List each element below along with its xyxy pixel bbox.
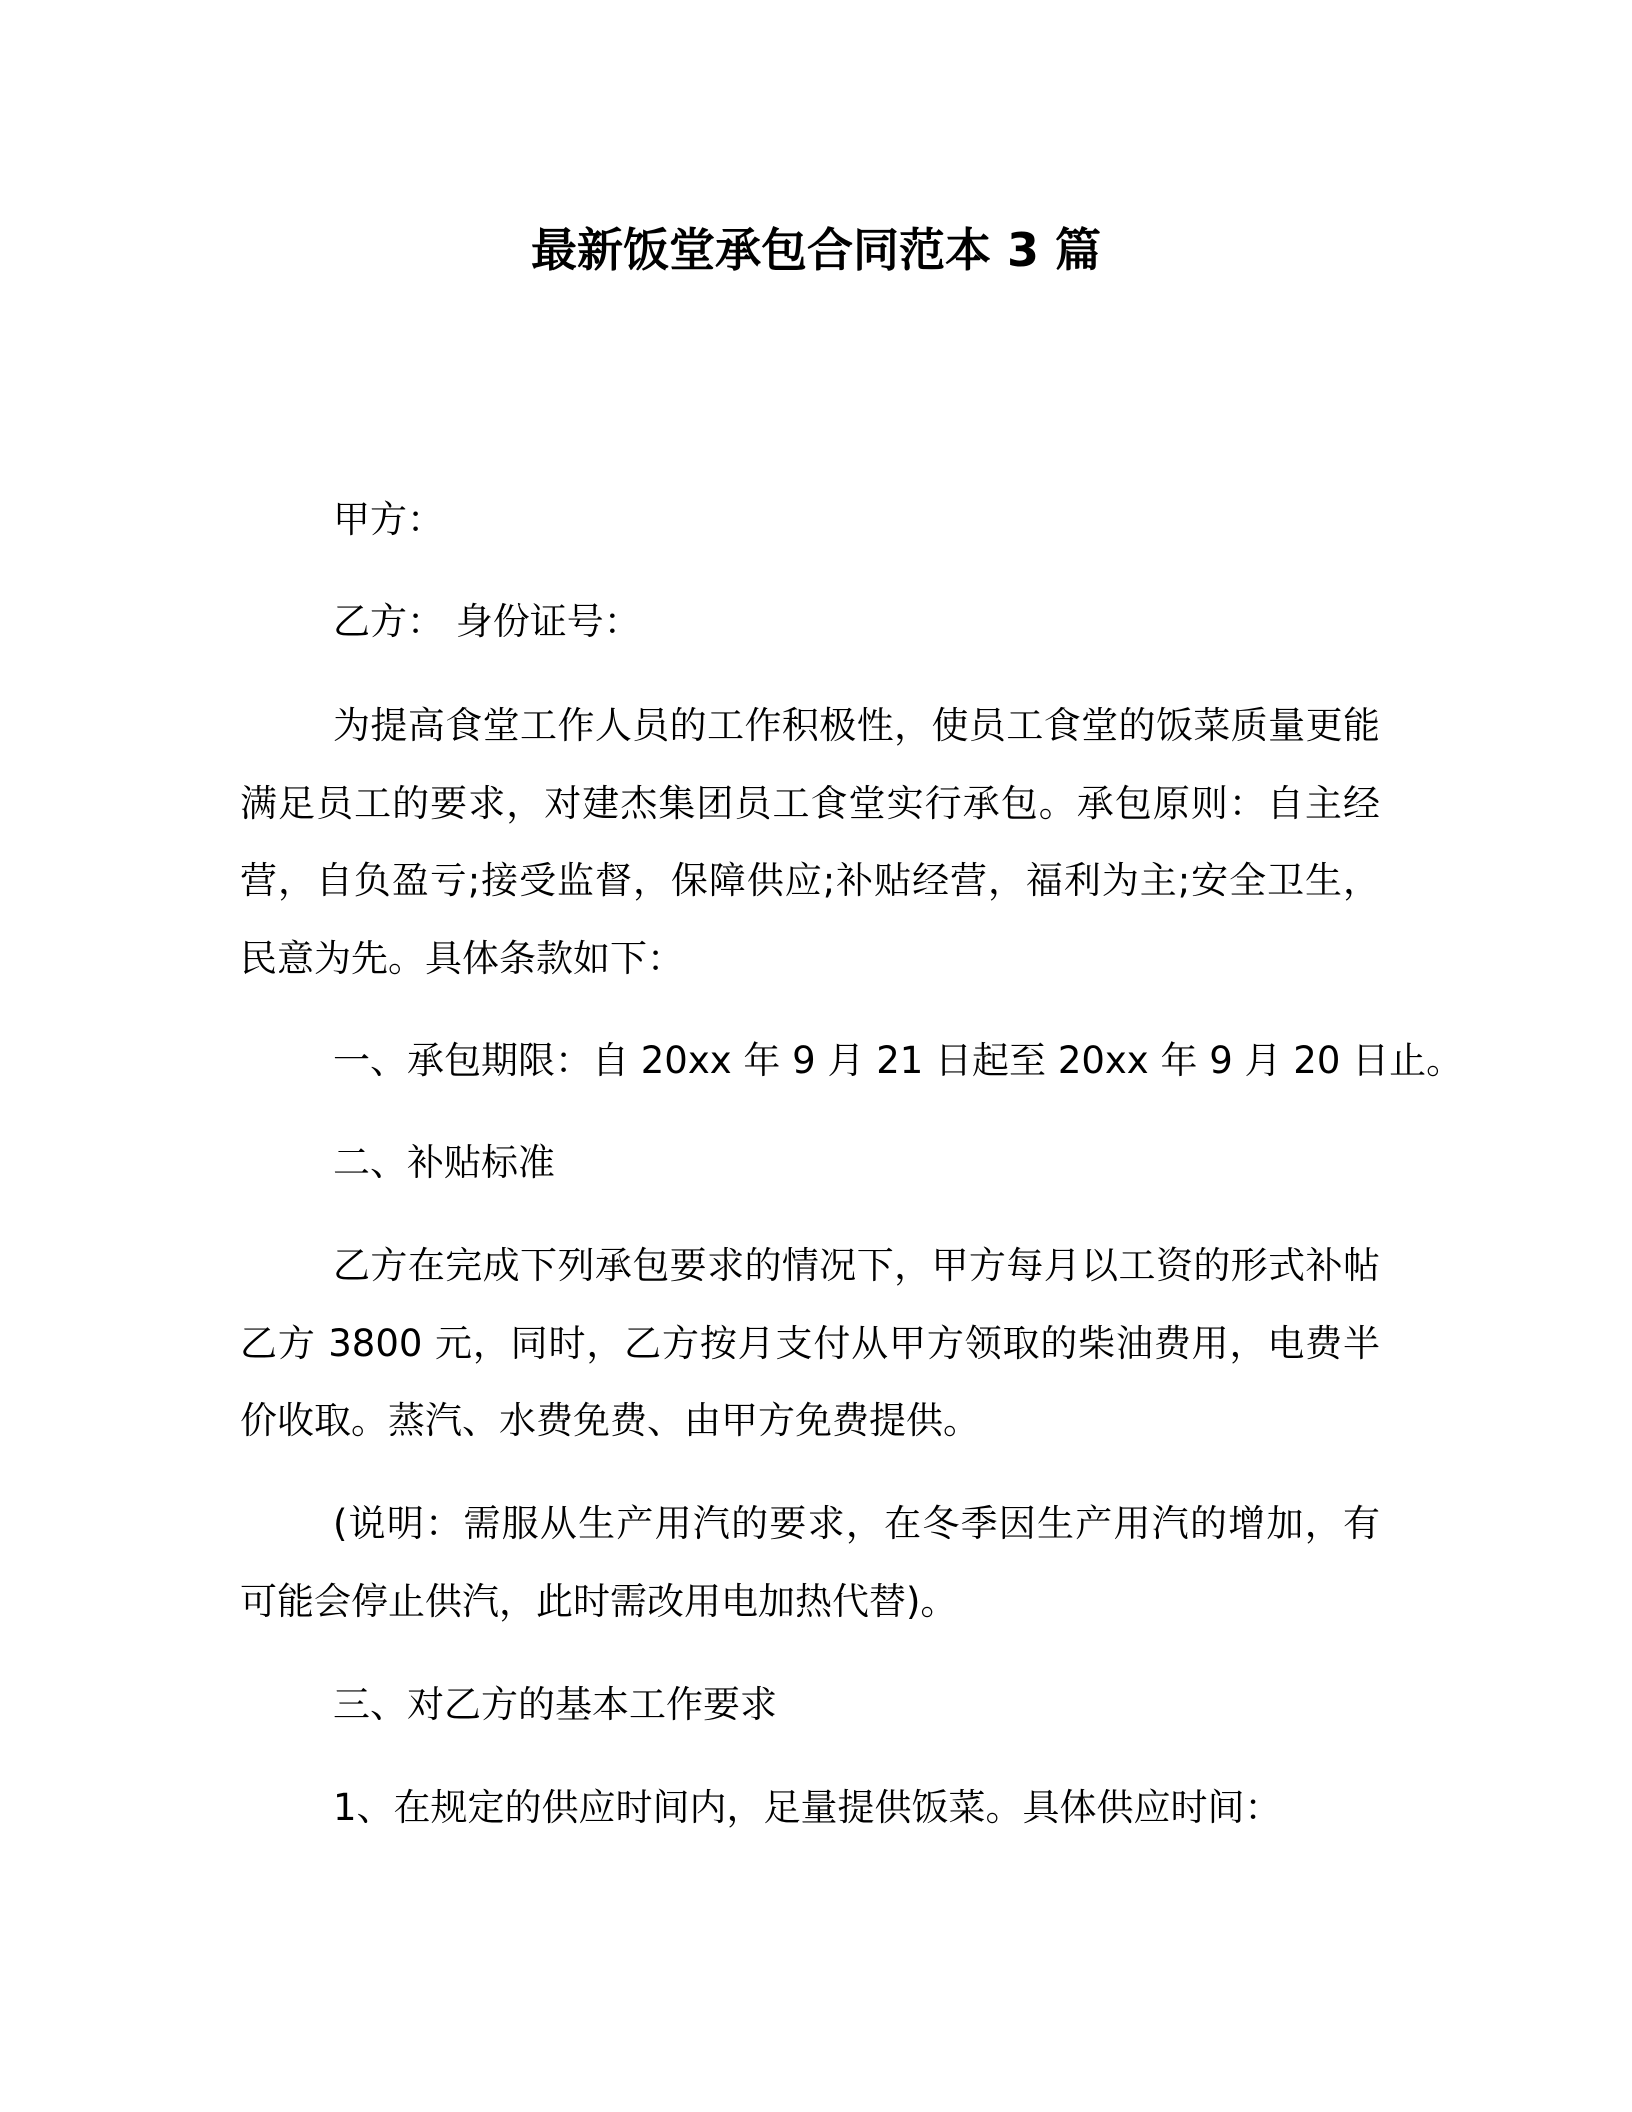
party-b-label: 乙方： 身份证号： (333, 597, 641, 647)
section-3-heading: 三、对乙方的基本工作要求 (333, 1680, 777, 1730)
requirement-item-1: 1、在规定的供应时间内，足量提供饭菜。具体供应时间： (333, 1783, 1282, 1833)
section-2-heading: 二、补贴标准 (333, 1138, 555, 1188)
intro-paragraph: 为提高食堂工作人员的工作积极性，使员工食堂的饭菜质量更能满足员工的要求，对建杰集… (240, 687, 1380, 997)
note-paragraph: (说明：需服从生产用汽的要求，在冬季因生产用汽的增加，有可能会停止供汽，此时需改… (240, 1485, 1380, 1640)
subsidy-paragraph: 乙方在完成下列承包要求的情况下，甲方每月以工资的形式补帖乙方 3800 元，同时… (240, 1227, 1380, 1460)
party-a-label: 甲方： (333, 495, 444, 545)
document-title: 最新饭堂承包合同范本 3 篇 (0, 218, 1632, 282)
section-1-term: 一、承包期限：自 20xx 年 9 月 21 日起至 20xx 年 9 月 20… (333, 1036, 1463, 1086)
document-page: 最新饭堂承包合同范本 3 篇 甲方： 乙方： 身份证号： 为提高食堂工作人员的工… (0, 0, 1632, 2112)
